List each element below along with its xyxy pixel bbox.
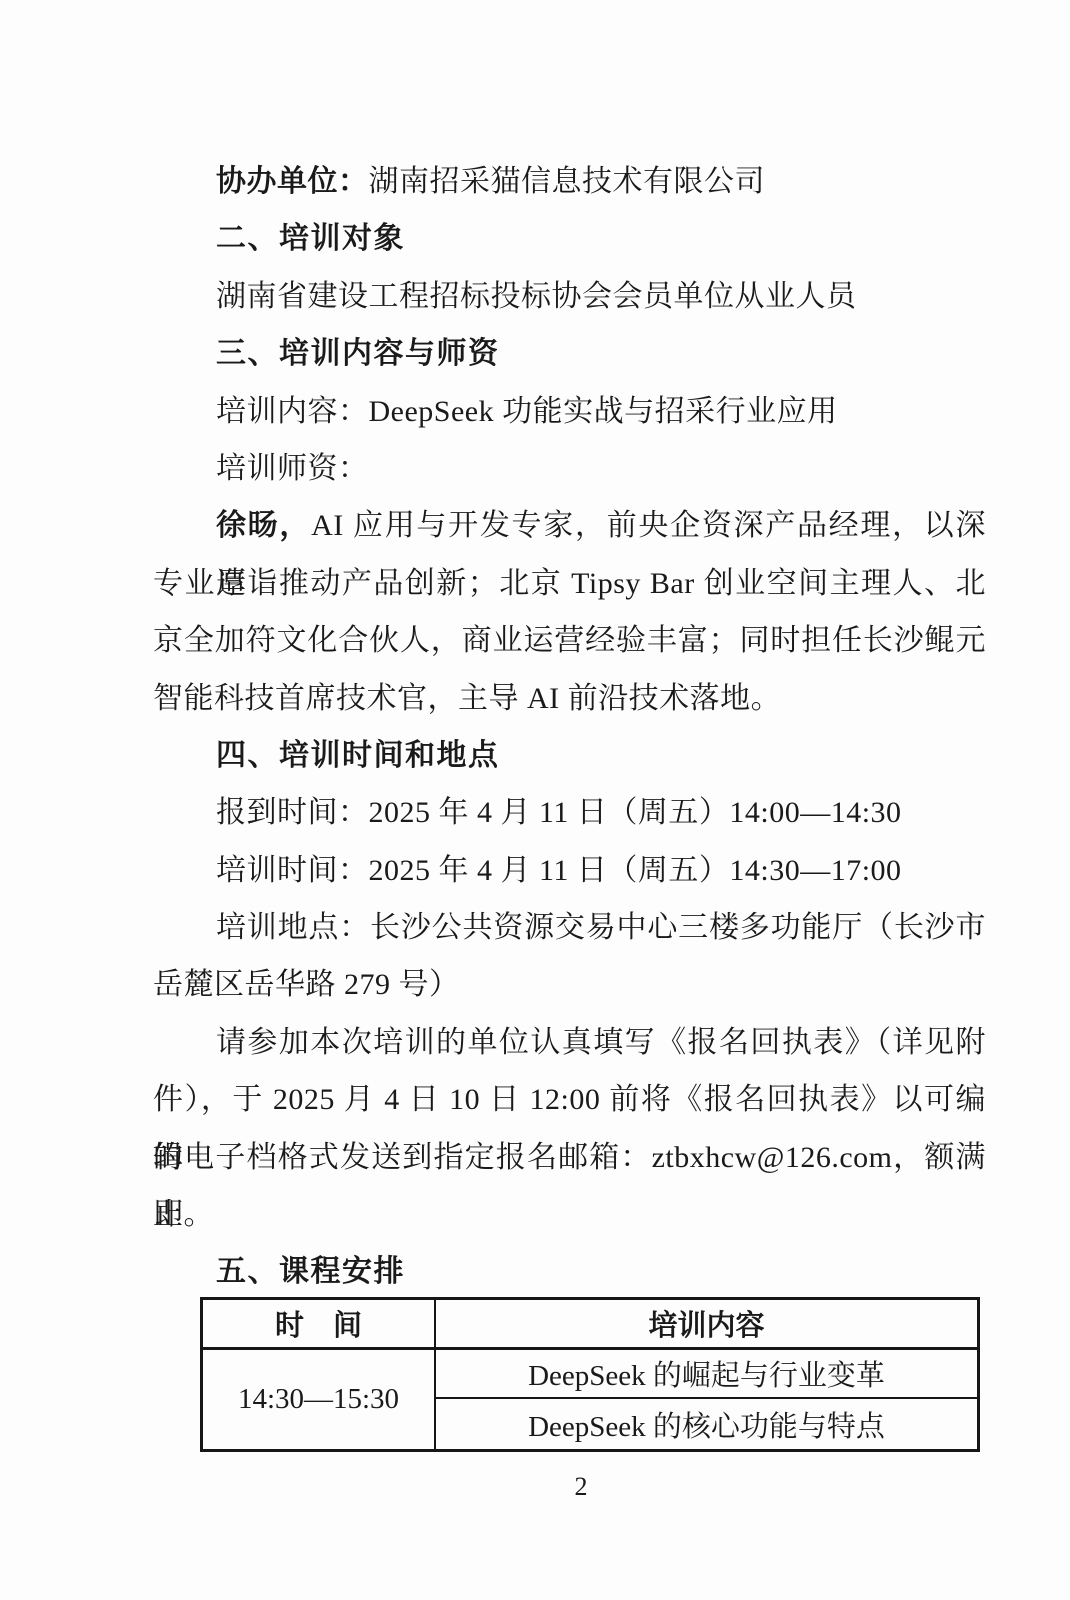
line-teacher-bio-2: 专业造诣推动产品创新；北京 Tipsy Bar 创业空间主理人、北 (153, 555, 986, 612)
line-registration-4: 止。 (153, 1186, 986, 1243)
line-training-venue-1: 培训地点：长沙公共资源交易中心三楼多功能厅（长沙市 (153, 899, 986, 956)
table-header-content: 培训内容 (436, 1300, 977, 1350)
document-page: 协办单位：湖南招采猫信息技术有限公司 二、培训对象 湖南省建设工程招标投标协会会… (0, 0, 1070, 1600)
table-cell-topic-2: DeepSeek 的核心功能与特点 (436, 1399, 977, 1449)
line-cohost-unit: 协办单位：湖南招采猫信息技术有限公司 (153, 153, 986, 210)
line-registration-1: 请参加本次培训的单位认真填写《报名回执表》（详见附 (153, 1014, 986, 1071)
line-training-time: 培训时间：2025 年 4 月 11 日（周五）14:30—17:00 (153, 842, 986, 899)
line-checkin-time: 报到时间：2025 年 4 月 11 日（周五）14:00—14:30 (153, 784, 986, 841)
line-teacher-bio-3: 京全加符文化合伙人，商业运营经验丰富；同时担任长沙鲲元 (153, 612, 986, 669)
section-heading-2: 二、培训对象 (153, 210, 986, 267)
section-heading-5: 五、课程安排 (153, 1243, 986, 1300)
line-trainees: 湖南省建设工程招标投标协会会员单位从业人员 (153, 268, 986, 325)
page-number: 2 (0, 1471, 1070, 1503)
document-body: 协办单位：湖南招采猫信息技术有限公司 二、培训对象 湖南省建设工程招标投标协会会… (153, 153, 986, 1301)
section-heading-4: 四、培训时间和地点 (153, 727, 986, 784)
line-teacher-bio-4: 智能科技首席技术官，主导 AI 前沿技术落地。 (153, 670, 986, 727)
section-heading-3: 三、培训内容与师资 (153, 325, 986, 382)
table-cell-time: 14:30—15:30 (203, 1350, 436, 1449)
schedule-table: 时 间 培训内容 14:30—15:30 DeepSeek 的崛起与行业变革 D… (200, 1297, 980, 1452)
line-registration-3: 的电子档格式发送到指定报名邮箱：ztbxhcw@126.com，额满即 (153, 1129, 986, 1186)
line-teacher-bio-1: 徐旸，AI 应用与开发专家，前央企资深产品经理，以深厚 (153, 497, 986, 554)
line-training-venue-2: 岳麓区岳华路 279 号） (153, 956, 986, 1013)
table-header-time: 时 间 (203, 1300, 436, 1350)
line-registration-2: 件），于 2025 月 4 日 10 日 12:00 前将《报名回执表》以可编辑 (153, 1071, 986, 1128)
line-training-content: 培训内容：DeepSeek 功能实战与招采行业应用 (153, 383, 986, 440)
line-training-teachers: 培训师资： (153, 440, 986, 497)
table-cell-topic-1: DeepSeek 的崛起与行业变革 (436, 1350, 977, 1399)
